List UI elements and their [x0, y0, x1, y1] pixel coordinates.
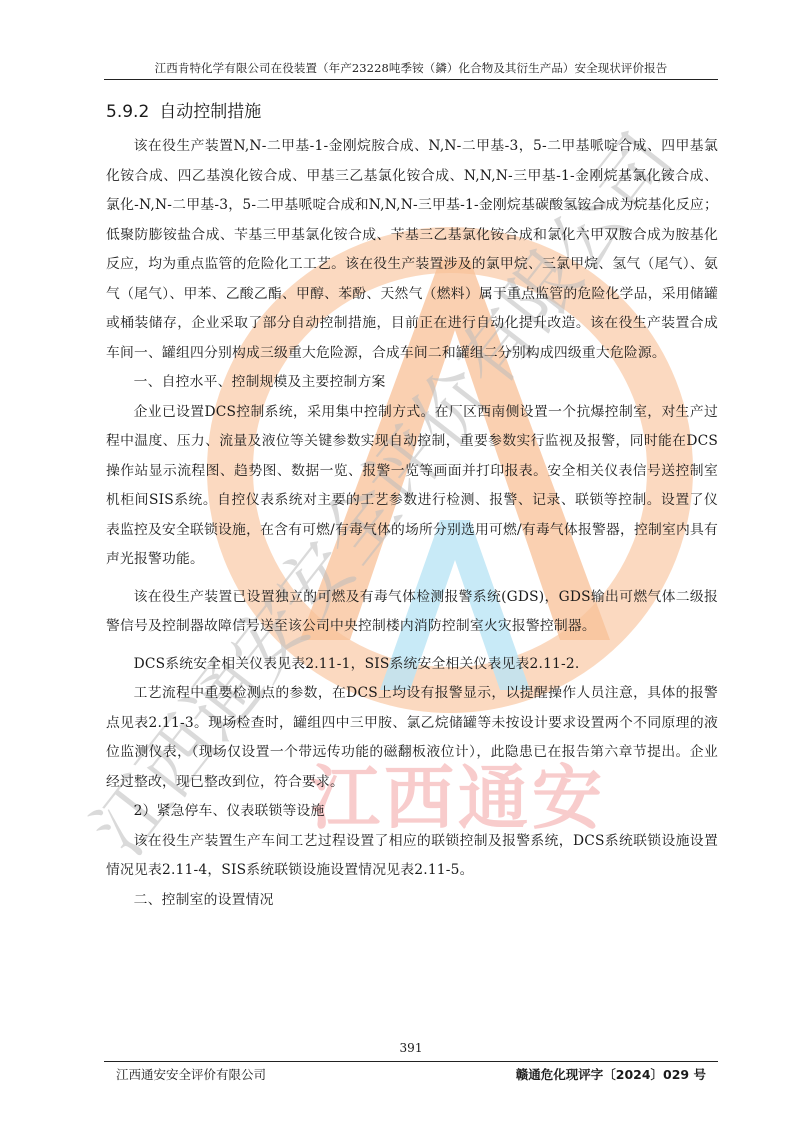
- paragraph-alarm-points: 工艺流程中重要检测点的参数，在DCS上均设有报警显示，以提醒操作人员注意，具体的…: [106, 679, 718, 797]
- paragraph-interlocks: 该在役生产装置生产车间工艺过程设置了相应的联锁控制及报警系统，DCS系统联锁设施…: [106, 827, 718, 886]
- page-number: 391: [104, 1041, 718, 1055]
- page-header: 江西肯特化学有限公司在役装置（年产23228吨季铵（鏻）化合物及其衍生产品）安全…: [104, 60, 718, 76]
- footer-divider: [104, 1061, 718, 1062]
- paragraph-instrument-tables: DCS系统安全相关仪表见表2.11-1，SIS系统安全相关仪表见表2.11-2.: [106, 650, 718, 680]
- section-heading: 5.9.2自动控制措施: [106, 100, 718, 124]
- footer-company: 江西通安安全评价有限公司: [116, 1065, 266, 1083]
- paragraph-dcs: 企业已设置DCS控制系统，采用集中控制方式。在厂区西南侧设置一个抗爆控制室，对生…: [106, 398, 718, 575]
- section-title: 自动控制措施: [159, 102, 261, 122]
- paragraph-gds: 该在役生产装置已设置独立的可燃及有毒气体检测报警系统(GDS)，GDS输出可燃气…: [106, 583, 718, 642]
- paragraph-intro: 该在役生产装置N,N-二甲基-1-金刚烷胺合成、N,N-二甲基-3，5-二甲基哌…: [106, 132, 718, 368]
- document-body: 5.9.2自动控制措施 该在役生产装置N,N-二甲基-1-金刚烷胺合成、N,N-…: [106, 100, 718, 915]
- footer-doc-number: 赣通危化现评字〔2024〕029 号: [516, 1065, 706, 1083]
- subheading-control-level: 一、自控水平、控制规模及主要控制方案: [106, 368, 718, 398]
- subheading-emergency-shutdown: 2）紧急停车、仪表联锁等设施: [106, 797, 718, 827]
- header-divider: [104, 79, 718, 80]
- section-number: 5.9.2: [106, 102, 149, 122]
- subheading-control-room: 二、控制室的设置情况: [106, 886, 718, 916]
